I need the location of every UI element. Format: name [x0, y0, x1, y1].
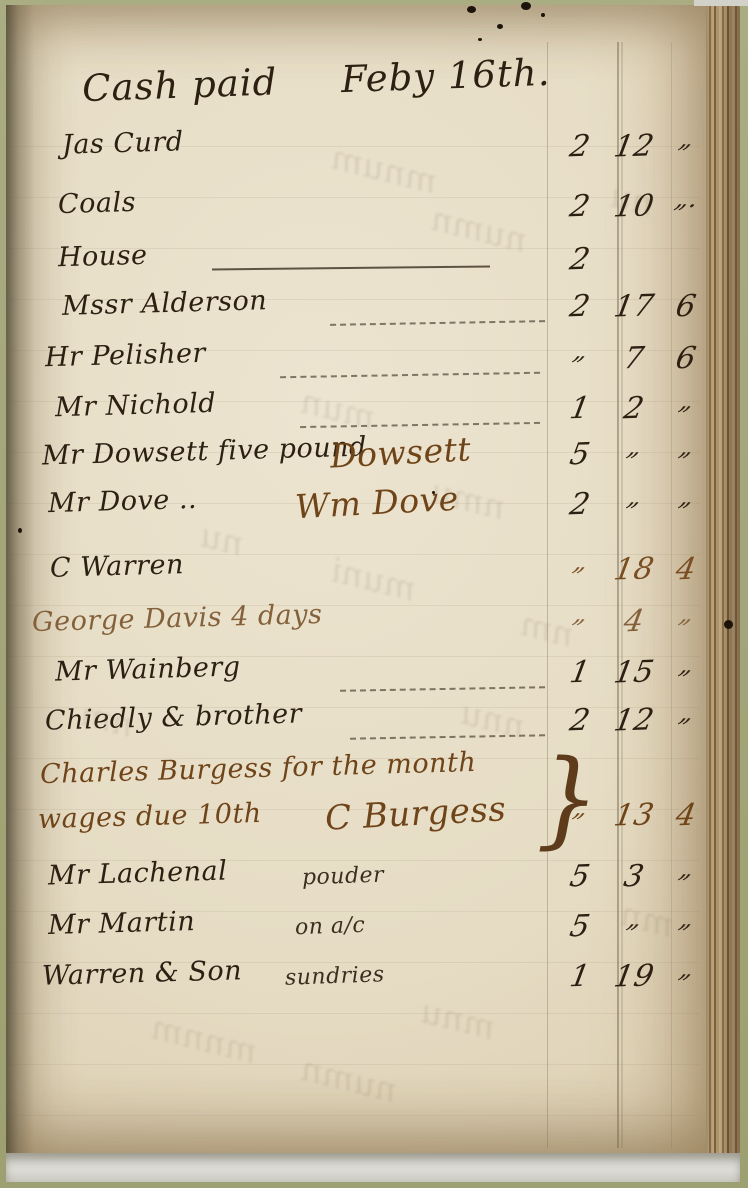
ledger-amount-shillings: 10	[605, 191, 663, 223]
ledger-amount-shillings: 7	[605, 343, 663, 375]
ledger-amount-shillings: 17	[605, 291, 663, 323]
ink-blot	[541, 13, 545, 17]
row-name: Mr Nichold	[55, 390, 217, 421]
ledger-amount-shillings: 15	[605, 657, 663, 689]
money-column-rule-left	[547, 42, 548, 1148]
background-surface	[694, 0, 748, 6]
ledger-amount-pounds: 5	[553, 861, 607, 893]
ledger-amount-shillings: 18	[605, 554, 663, 586]
ledger-amount-pence: 4	[661, 800, 711, 832]
ledger-amount-pounds: 2	[553, 489, 607, 521]
row-name: Mr Wainberg	[55, 653, 241, 685]
ledger-amount-pounds: 2	[553, 244, 607, 276]
ink-blot	[18, 528, 22, 533]
ledger-amount-pounds: 5	[553, 911, 607, 943]
ledger-amount-pounds: 1	[553, 961, 607, 993]
page-edge-stack	[706, 3, 740, 1155]
row-note: pouder	[302, 865, 385, 890]
ink-blot	[478, 38, 482, 41]
row-name: Warren & Son	[42, 957, 243, 990]
ledger-amount-pounds: 5	[553, 439, 607, 471]
row-name: C Warren	[50, 551, 185, 582]
row-name: Hr Pelisher	[45, 340, 207, 371]
ledger-amount-shillings: „	[605, 434, 667, 459]
ledger-amount-shillings: 3	[605, 861, 663, 893]
ledger-amount-pounds: 1	[553, 393, 607, 425]
ledger-amount-shillings: 13	[605, 800, 663, 832]
ledger-amount-pounds: „	[553, 601, 611, 626]
ledger-amount-pence: 6	[661, 291, 711, 323]
ledger-amount-shillings: 12	[605, 131, 663, 163]
row-name: House	[58, 242, 148, 271]
ledger-amount-shillings: 19	[605, 961, 663, 993]
ink-blot	[467, 6, 476, 13]
row-name: Chiedly & brother	[45, 700, 303, 734]
row-name: George Davis 4 days	[32, 601, 323, 636]
table-surface	[6, 1153, 740, 1182]
row-name: Jas Curd	[62, 128, 184, 158]
binding-shadow	[6, 5, 34, 1153]
ledger-amount-shillings: 4	[605, 606, 663, 638]
ledger-amount-pounds: 1	[553, 657, 607, 689]
ledger-amount-pounds: 2	[553, 191, 607, 223]
ledger-amount-shillings: „	[605, 484, 667, 509]
ink-blot	[432, 491, 435, 494]
ledger-amount-pence: 6	[661, 343, 711, 375]
row-note: on a/c	[295, 915, 366, 939]
row-name: Mssr Alderson	[62, 287, 268, 320]
row-signature: Dowsett	[329, 432, 472, 472]
ledger-amount-pounds: 2	[553, 705, 607, 737]
ledger-amount-shillings: „	[605, 906, 667, 931]
ink-blot	[497, 24, 503, 29]
ledger-amount-pounds: „	[553, 338, 611, 363]
ink-blot	[724, 620, 733, 629]
ledger-amount-pounds: 2	[553, 291, 607, 323]
ledger-amount-pounds: 2	[553, 131, 607, 163]
ink-blot	[521, 2, 531, 10]
row-name: Mr Dove ..	[48, 486, 198, 517]
row-name-line2: wages due 10th	[38, 800, 262, 833]
ledger-amount-pounds: „	[553, 549, 611, 574]
row-name: Mr Lachenal	[48, 858, 228, 890]
row-note: sundries	[285, 964, 385, 989]
ledger-amount-shillings: 2	[605, 393, 663, 425]
ledger-amount-shillings: 12	[605, 705, 663, 737]
scanned-ledger-photo: { "header": { "title": "Cash paid Feby 1…	[0, 0, 748, 1188]
row-signature: Wm Dove	[294, 482, 459, 524]
row-signature: C Burgess	[324, 792, 507, 835]
row-name: Mr Martin	[48, 908, 196, 939]
row-name: Coals	[58, 189, 137, 218]
ledger-amount-pence: 4	[661, 554, 711, 586]
ledger-amount-pounds: „	[553, 795, 611, 820]
